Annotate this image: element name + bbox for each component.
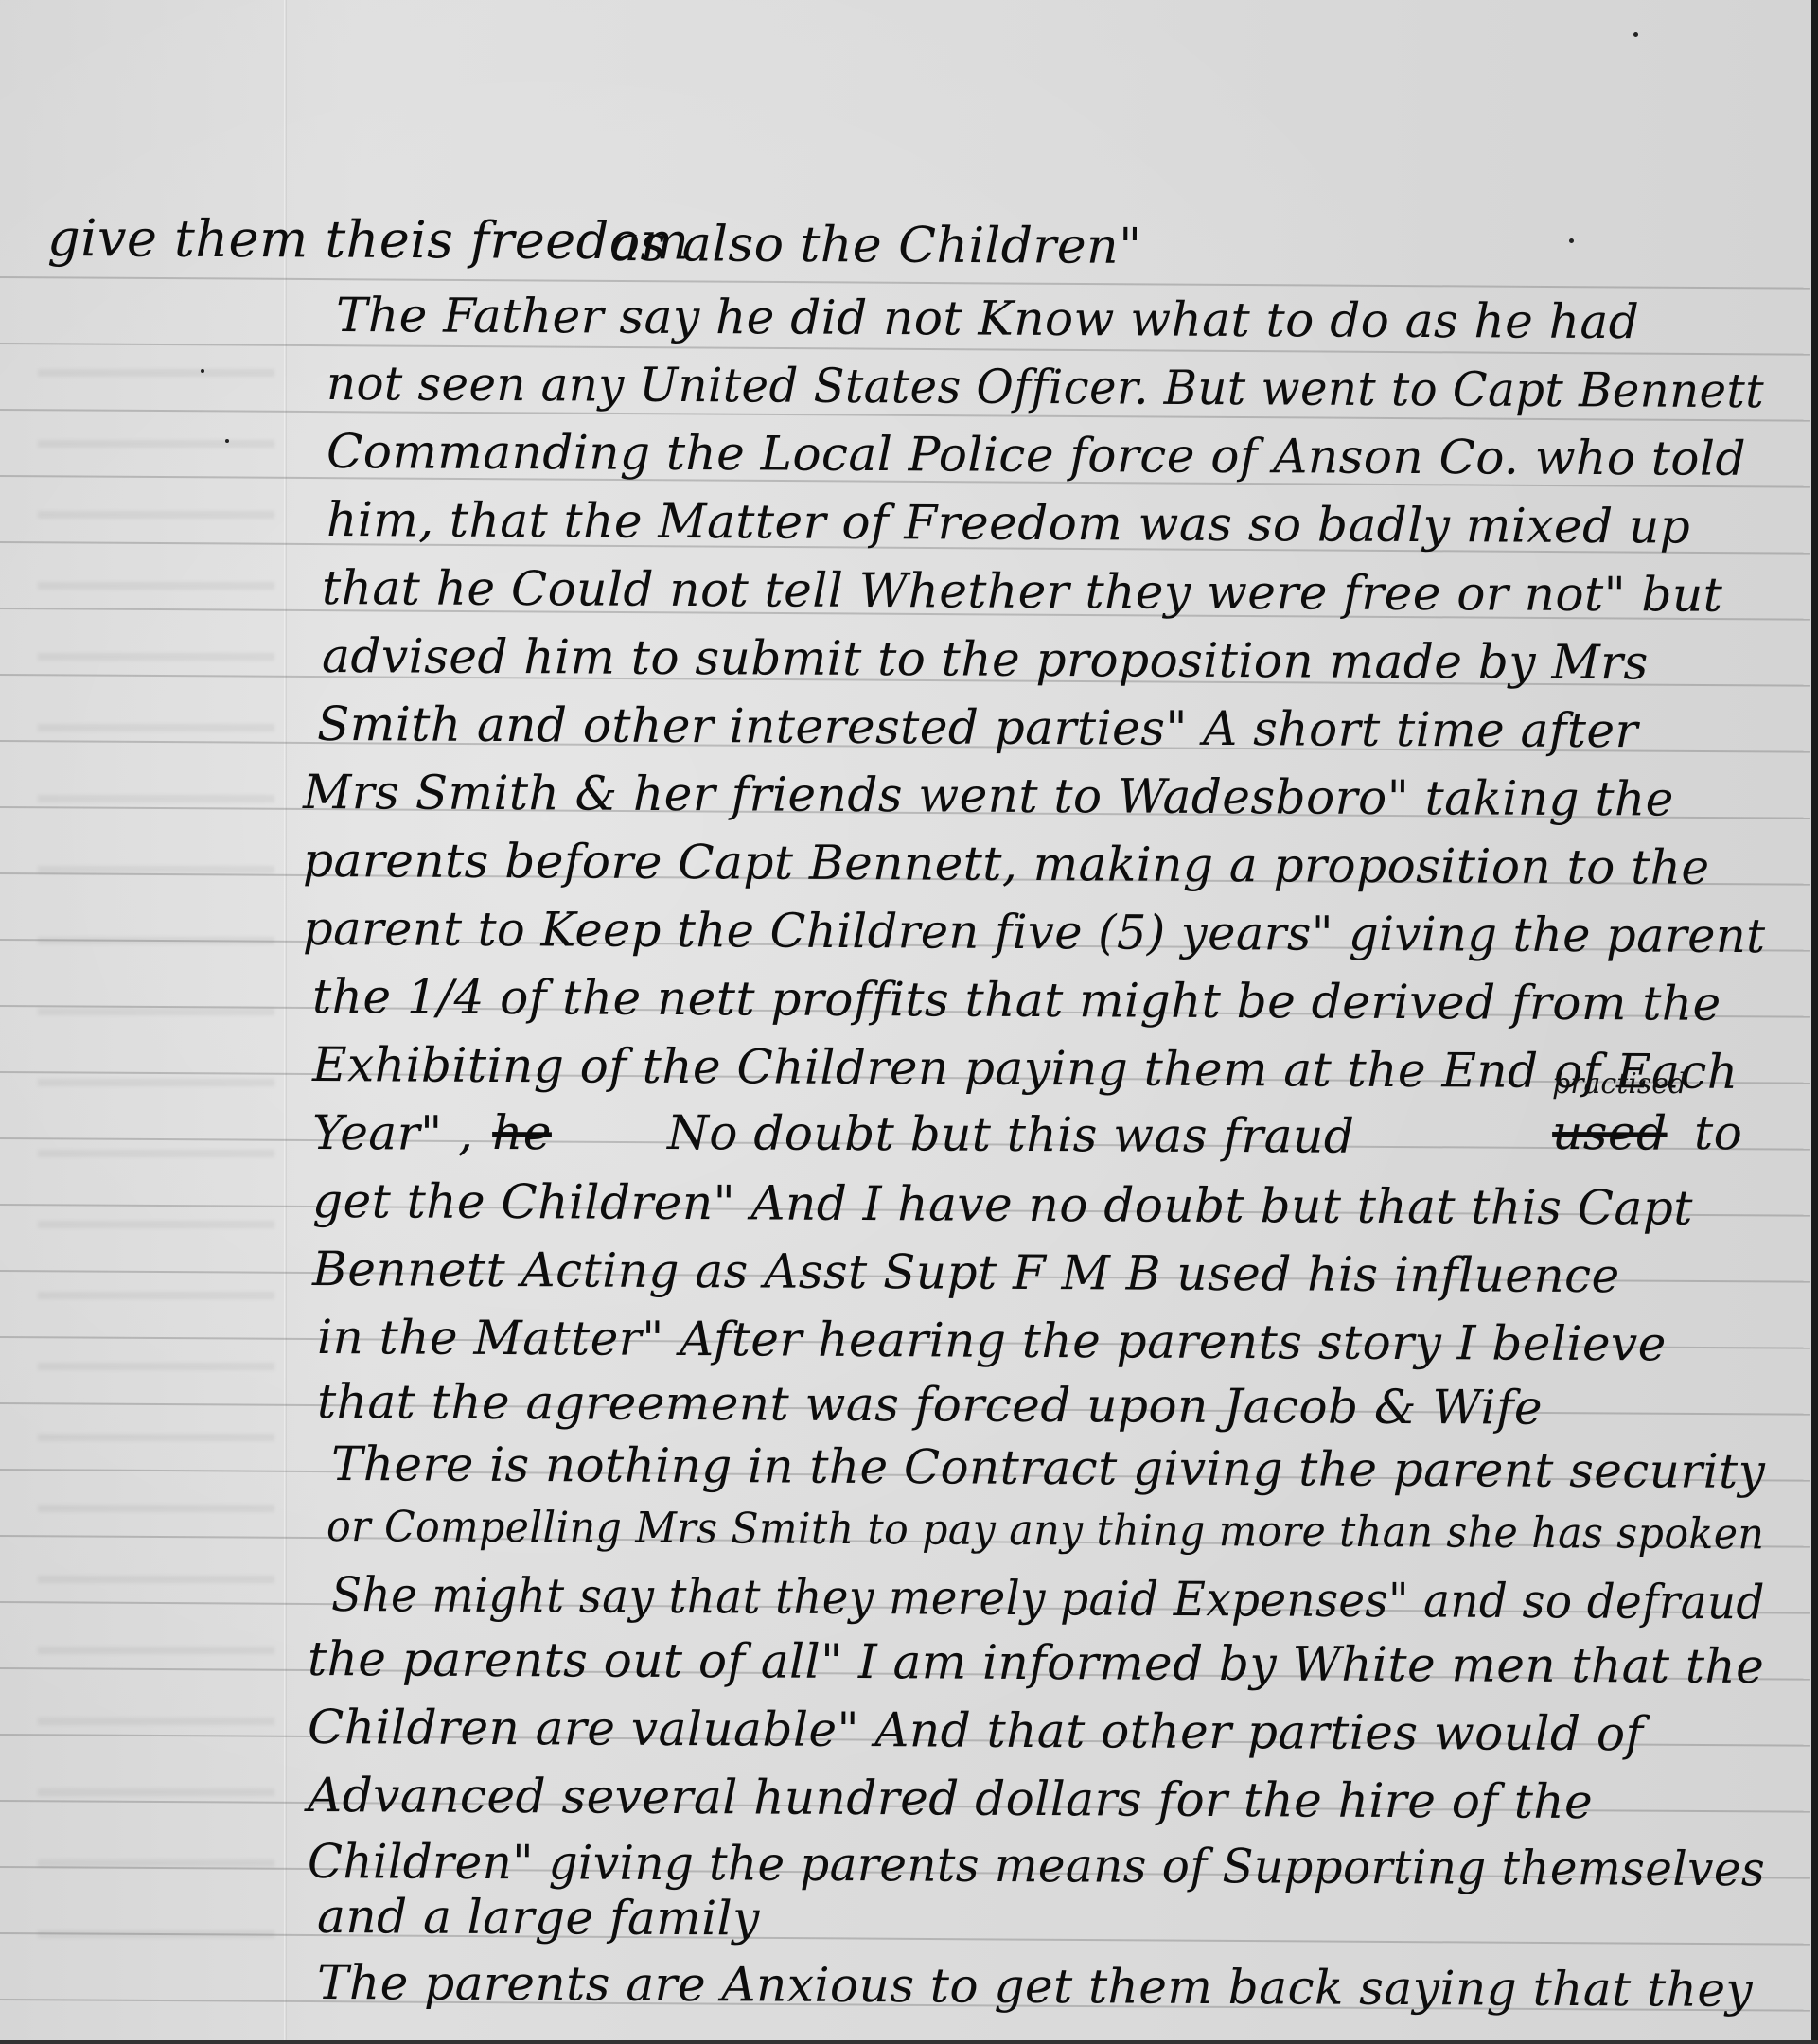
line-13-struck-used: used [1552,1109,1668,1157]
line-14: get the Children" And I have no doubt bu… [312,1177,1693,1232]
line-25: and a large family [317,1893,760,1942]
line-7: Smith and other interested parties" A sh… [317,700,1638,754]
line-21: the parents out of all" I am informed by… [308,1635,1764,1690]
scan-edge-right [1811,0,1818,2044]
line-15: Bennett Acting as Asst Supt F M B used h… [312,1245,1620,1299]
rule-line [0,1932,1810,1946]
line-10: parent to Keep the Children five (5) yea… [303,905,1766,960]
rule-line [0,276,1810,290]
scan-edge-bottom [0,2040,1818,2044]
line-9: parents before Capt Bennett, making a pr… [303,837,1710,891]
line-0b: as also the Children" [610,220,1142,272]
line-17: that the agreement was forced upon Jacob… [317,1378,1543,1432]
line-13-end: to [1694,1109,1742,1156]
line-6: advised him to submit to the proposition… [322,632,1649,686]
manuscript-page: give them theis freedom as also the Chil… [0,0,1818,2044]
line-19: or Compelling Mrs Smith to pay any thing… [327,1505,1764,1555]
line-12: Exhibiting of the Children paying them a… [312,1041,1739,1096]
line-3: Commanding the Local Police force of Ans… [327,428,1746,483]
ink-speck [1569,238,1574,243]
line-8: Mrs Smith & her friends went to Wadesbor… [303,768,1674,823]
line-16: in the Matter" After hearing the parents… [317,1313,1667,1367]
line-23: Advanced several hundred dollars for the… [308,1771,1593,1825]
line-13-struck-he: he [492,1109,552,1156]
line-22: Children are valuable" And that other pa… [308,1703,1644,1757]
line-13-mid: No doubt but this was fraud [667,1109,1354,1160]
line-20: She might say that they merely paid Expe… [331,1571,1765,1626]
line-11: the 1/4 of the nett proffits that might … [312,973,1721,1028]
ink-speck [201,369,204,373]
line-0a: give them theis freedom [47,213,690,268]
line-24: Children" giving the parents means of Su… [308,1838,1765,1893]
ink-speck [1633,32,1638,37]
line-18: There is nothing in the Contract giving … [331,1440,1765,1495]
line-5: that he Could not tell Whether they were… [322,564,1722,619]
line-26: The parents are Anxious to get them back… [317,1959,1753,2014]
line-13-insertion: practised [1552,1067,1686,1101]
line-13-start: Year" , [312,1109,474,1157]
ink-speck [225,439,229,443]
line-1: The Father say he did not Know what to d… [336,291,1639,345]
line-4: him, that the Matter of Freedom was so b… [327,496,1690,551]
line-2: not seen any United States Officer. But … [327,360,1764,414]
